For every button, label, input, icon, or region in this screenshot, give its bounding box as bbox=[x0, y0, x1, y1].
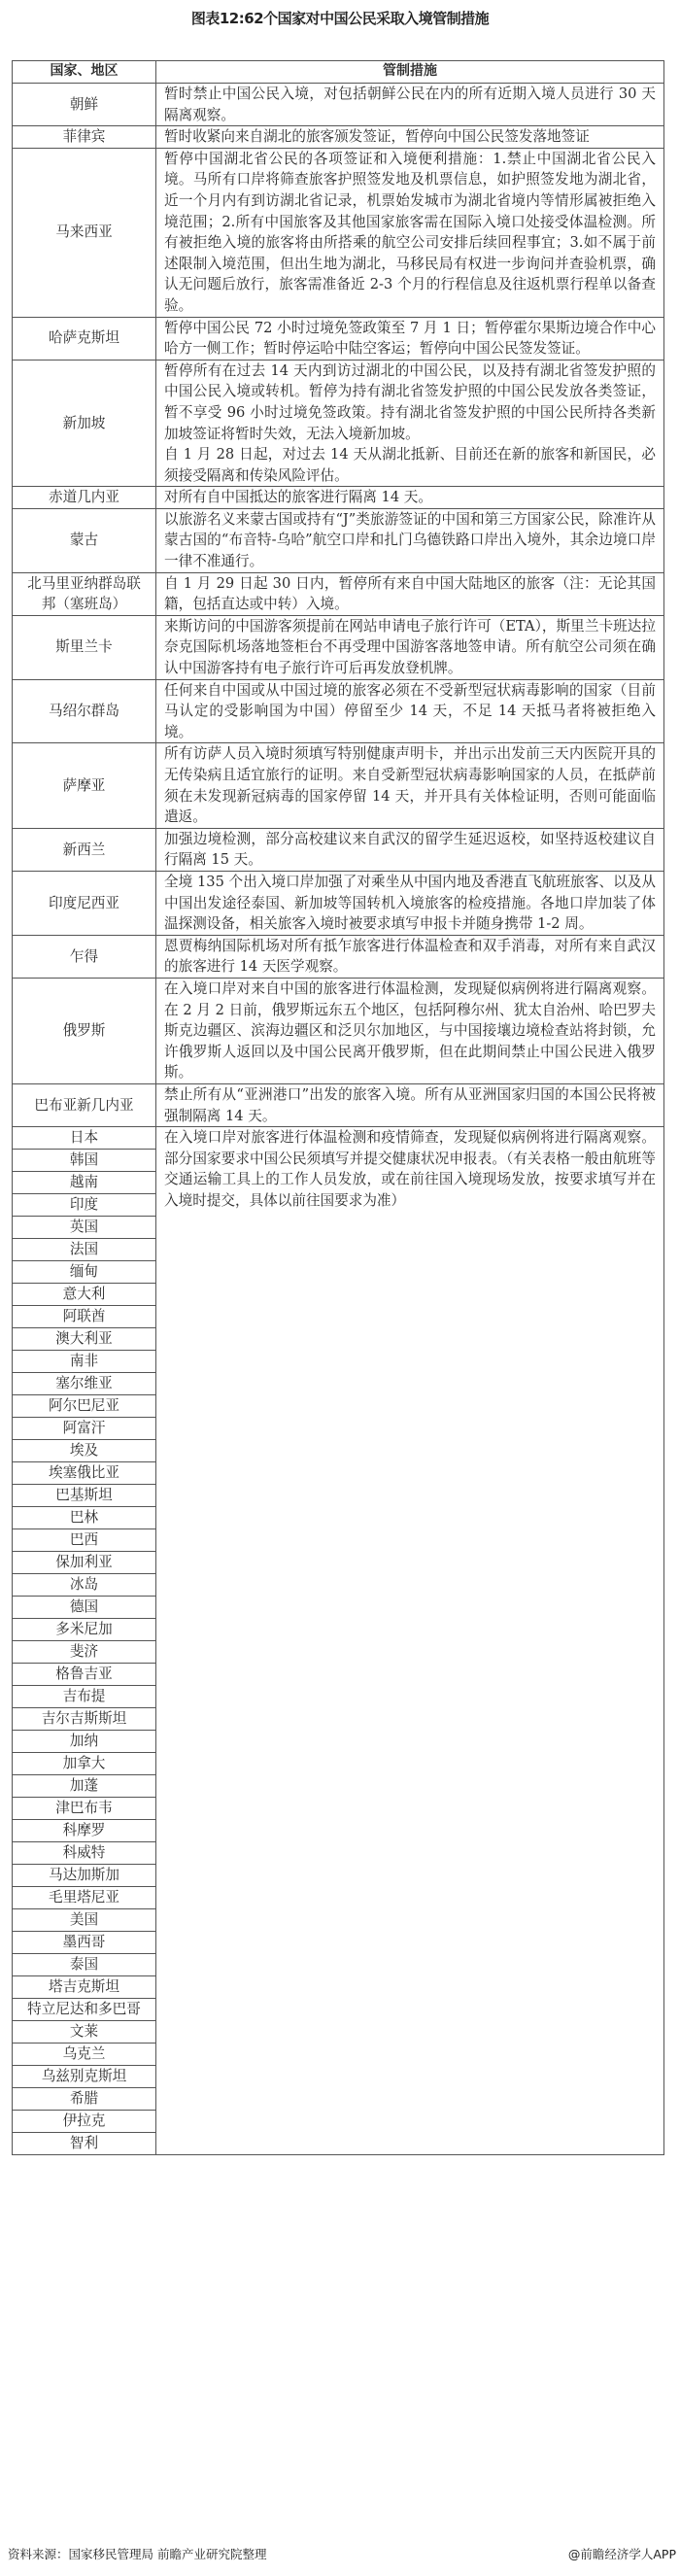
country-cell: 阿尔巴尼亚 bbox=[13, 1395, 156, 1418]
country-cell: 多米尼加 bbox=[13, 1619, 156, 1641]
country-cell: 马来西亚 bbox=[13, 148, 156, 317]
country-cell: 伊拉克 bbox=[13, 2111, 156, 2133]
table-row: 印度尼西亚 全境 135 个出入境口岸加强了对乘坐从中国内地及香港直飞航班旅客、… bbox=[13, 871, 664, 935]
measure-cell: 所有访萨人员入境时须填写特别健康声明卡，并出示出发前三天内医院开具的无传染病且适… bbox=[156, 743, 664, 828]
country-cell: 巴基斯坦 bbox=[13, 1485, 156, 1507]
country-cell: 特立尼达和多巴哥 bbox=[13, 1999, 156, 2021]
country-cell: 日本 bbox=[13, 1127, 156, 1150]
measure-cell: 暂时收紧向来自湖北的旅客颁发签证，暂停向中国公民签发落地签证 bbox=[156, 126, 664, 149]
country-cell: 乌兹别克斯坦 bbox=[13, 2066, 156, 2088]
country-cell: 加纳 bbox=[13, 1731, 156, 1753]
measure-cell: 禁止所有从“亚洲港口”出发的旅客入境。所有从亚洲国家归国的本国公民将被强制隔离 … bbox=[156, 1083, 664, 1126]
header-measure: 管制措施 bbox=[156, 61, 664, 84]
table-row: 北马里亚纳群岛联邦（塞班岛） 自 1 月 29 日起 30 日内，暂停所有来自中… bbox=[13, 572, 664, 615]
measure-cell: 以旅游名义来蒙古国或持有“J”类旅游签证的中国和第三方国家公民，除准许从蒙古国的… bbox=[156, 508, 664, 572]
measure-cell: 暂停中国公民 72 小时过境免签政策至 7 月 1 日；暂停霍尔果斯边境合作中心… bbox=[156, 317, 664, 360]
country-cell: 斐济 bbox=[13, 1641, 156, 1664]
country-cell: 英国 bbox=[13, 1217, 156, 1239]
chart-title: 图表12:62个国家对中国公民采取入境管制措施 bbox=[0, 8, 680, 28]
country-cell: 塞尔维亚 bbox=[13, 1373, 156, 1395]
country-cell: 缅甸 bbox=[13, 1261, 156, 1284]
country-cell: 乌克兰 bbox=[13, 2044, 156, 2066]
table-row: 巴布亚新几内亚 禁止所有从“亚洲港口”出发的旅客入境。所有从亚洲国家归国的本国公… bbox=[13, 1083, 664, 1126]
measure-cell: 自 1 月 29 日起 30 日内，暂停所有来自中国大陆地区的旅客（注：无论其国… bbox=[156, 572, 664, 615]
country-cell: 巴西 bbox=[13, 1529, 156, 1552]
country-cell: 吉布提 bbox=[13, 1686, 156, 1708]
country-cell: 科摩罗 bbox=[13, 1820, 156, 1842]
country-cell: 菲律宾 bbox=[13, 126, 156, 149]
measure-cell: 来斯访问的中国游客须提前在网站申请电子旅行许可（ETA），斯里兰卡班达拉奈克国际… bbox=[156, 615, 664, 679]
country-cell: 泰国 bbox=[13, 1954, 156, 1976]
table-row: 新加坡 暂停所有在过去 14 天内到访过湖北的中国公民，以及持有湖北省签发护照的… bbox=[13, 360, 664, 487]
policy-table: 国家、地区 管制措施 朝鲜 暂时禁止中国公民入境，对包括朝鲜公民在内的所有近期入… bbox=[12, 60, 664, 2155]
measure-cell: 对所有自中国抵达的旅客进行隔离 14 天。 bbox=[156, 487, 664, 509]
country-cell: 加拿大 bbox=[13, 1753, 156, 1775]
table-row: 马绍尔群岛 任何来自中国或从中国过境的旅客必须在不受新型冠状病毒影响的国家（目前… bbox=[13, 679, 664, 743]
country-cell: 塔吉克斯坦 bbox=[13, 1976, 156, 1999]
country-cell: 冰岛 bbox=[13, 1574, 156, 1597]
source-note: 资料来源：国家移民管理局 前瞻产业研究院整理 bbox=[8, 2545, 266, 2562]
country-cell: 格鲁吉亚 bbox=[13, 1664, 156, 1686]
country-cell: 巴布亚新几内亚 bbox=[13, 1083, 156, 1126]
header-country: 国家、地区 bbox=[13, 61, 156, 84]
measure-paragraph: 暂停所有在过去 14 天内到访过湖北的中国公民，以及持有湖北省签发护照的中国公民… bbox=[164, 361, 656, 444]
credit-note: @前瞻经济学人APP bbox=[568, 2545, 676, 2562]
country-cell: 南非 bbox=[13, 1351, 156, 1373]
country-cell: 俄罗斯 bbox=[13, 978, 156, 1083]
table-row: 赤道几内亚 对所有自中国抵达的旅客进行隔离 14 天。 bbox=[13, 487, 664, 509]
table-row: 菲律宾 暂时收紧向来自湖北的旅客颁发签证，暂停向中国公民签发落地签证 bbox=[13, 126, 664, 149]
table-row: 蒙古 以旅游名义来蒙古国或持有“J”类旅游签证的中国和第三方国家公民，除准许从蒙… bbox=[13, 508, 664, 572]
country-cell: 巴林 bbox=[13, 1507, 156, 1529]
country-cell: 科威特 bbox=[13, 1842, 156, 1865]
table-row: 斯里兰卡 来斯访问的中国游客须提前在网站申请电子旅行许可（ETA），斯里兰卡班达… bbox=[13, 615, 664, 679]
measure-cell-shared: 在入境口岸对旅客进行体温检测和疫情筛查，发现疑似病例将进行隔离观察。部分国家要求… bbox=[156, 1127, 664, 2155]
country-cell: 美国 bbox=[13, 1909, 156, 1932]
country-cell: 智利 bbox=[13, 2133, 156, 2155]
country-cell: 哈萨克斯坦 bbox=[13, 317, 156, 360]
country-cell: 印度尼西亚 bbox=[13, 871, 156, 935]
country-cell: 墨西哥 bbox=[13, 1932, 156, 1954]
country-cell: 保加利亚 bbox=[13, 1552, 156, 1574]
table-row: 日本在入境口岸对旅客进行体温检测和疫情筛查，发现疑似病例将进行隔离观察。部分国家… bbox=[13, 1127, 664, 1150]
country-cell: 赤道几内亚 bbox=[13, 487, 156, 509]
table-header-row: 国家、地区 管制措施 bbox=[13, 61, 664, 84]
country-cell: 阿联酋 bbox=[13, 1306, 156, 1328]
country-cell: 德国 bbox=[13, 1597, 156, 1619]
country-cell: 印度 bbox=[13, 1194, 156, 1217]
country-cell: 马绍尔群岛 bbox=[13, 679, 156, 743]
country-cell: 朝鲜 bbox=[13, 84, 156, 126]
measure-paragraph: 自 1 月 28 日起，对过去 14 天从湖北抵新、目前还在新的旅客和新国民，必… bbox=[164, 444, 656, 486]
country-cell: 埃及 bbox=[13, 1440, 156, 1462]
measure-cell: 暂时禁止中国公民入境，对包括朝鲜公民在内的所有近期入境人员进行 30 天隔离观察… bbox=[156, 84, 664, 126]
country-cell: 阿富汗 bbox=[13, 1418, 156, 1440]
country-cell: 毛里塔尼亚 bbox=[13, 1887, 156, 1909]
country-cell: 澳大利亚 bbox=[13, 1328, 156, 1351]
country-cell: 北马里亚纳群岛联邦（塞班岛） bbox=[13, 572, 156, 615]
table-row: 新西兰 加强边境检测，部分高校建议来自武汉的留学生延迟返校，如坚持返校建议自行隔… bbox=[13, 828, 664, 871]
measure-cell: 恩贾梅纳国际机场对所有抵乍旅客进行体温检查和双手消毒，对所有来自武汉的旅客进行 … bbox=[156, 935, 664, 978]
measure-cell: 在入境口岸对来自中国的旅客进行体温检测，发现疑似病例将进行隔离观察。在 2 月 … bbox=[156, 978, 664, 1083]
country-cell: 法国 bbox=[13, 1239, 156, 1261]
country-cell: 加蓬 bbox=[13, 1775, 156, 1798]
country-cell: 津巴布韦 bbox=[13, 1798, 156, 1820]
table-row: 俄罗斯 在入境口岸对来自中国的旅客进行体温检测，发现疑似病例将进行隔离观察。在 … bbox=[13, 978, 664, 1083]
table-row: 乍得 恩贾梅纳国际机场对所有抵乍旅客进行体温检查和双手消毒，对所有来自武汉的旅客… bbox=[13, 935, 664, 978]
country-cell: 韩国 bbox=[13, 1150, 156, 1172]
country-cell: 意大利 bbox=[13, 1284, 156, 1306]
country-cell: 越南 bbox=[13, 1172, 156, 1194]
country-cell: 萨摩亚 bbox=[13, 743, 156, 828]
table-row: 朝鲜 暂时禁止中国公民入境，对包括朝鲜公民在内的所有近期入境人员进行 30 天隔… bbox=[13, 84, 664, 126]
country-cell: 新加坡 bbox=[13, 360, 156, 487]
country-cell: 新西兰 bbox=[13, 828, 156, 871]
measure-cell: 暂停中国湖北省公民的各项签证和入境便利措施：1.禁止中国湖北省公民入境。马所有口… bbox=[156, 148, 664, 317]
country-cell: 希腊 bbox=[13, 2088, 156, 2111]
table-row: 马来西亚 暂停中国湖北省公民的各项签证和入境便利措施：1.禁止中国湖北省公民入境… bbox=[13, 148, 664, 317]
country-cell: 埃塞俄比亚 bbox=[13, 1462, 156, 1485]
country-cell: 乍得 bbox=[13, 935, 156, 978]
table-row: 萨摩亚 所有访萨人员入境时须填写特别健康声明卡，并出示出发前三天内医院开具的无传… bbox=[13, 743, 664, 828]
country-cell: 文莱 bbox=[13, 2021, 156, 2044]
country-cell: 吉尔吉斯斯坦 bbox=[13, 1708, 156, 1731]
country-cell: 马达加斯加 bbox=[13, 1865, 156, 1887]
country-cell: 蒙古 bbox=[13, 508, 156, 572]
measure-cell: 暂停所有在过去 14 天内到访过湖北的中国公民，以及持有湖北省签发护照的中国公民… bbox=[156, 360, 664, 487]
measure-cell: 加强边境检测，部分高校建议来自武汉的留学生延迟返校，如坚持返校建议自行隔离 15… bbox=[156, 828, 664, 871]
measure-cell: 任何来自中国或从中国过境的旅客必须在不受新型冠状病毒影响的国家（目前马认定的受影… bbox=[156, 679, 664, 743]
table-row: 哈萨克斯坦 暂停中国公民 72 小时过境免签政策至 7 月 1 日；暂停霍尔果斯… bbox=[13, 317, 664, 360]
measure-cell: 全境 135 个出入境口岸加强了对乘坐从中国内地及香港直飞航班旅客、以及从中国出… bbox=[156, 871, 664, 935]
country-cell: 斯里兰卡 bbox=[13, 615, 156, 679]
